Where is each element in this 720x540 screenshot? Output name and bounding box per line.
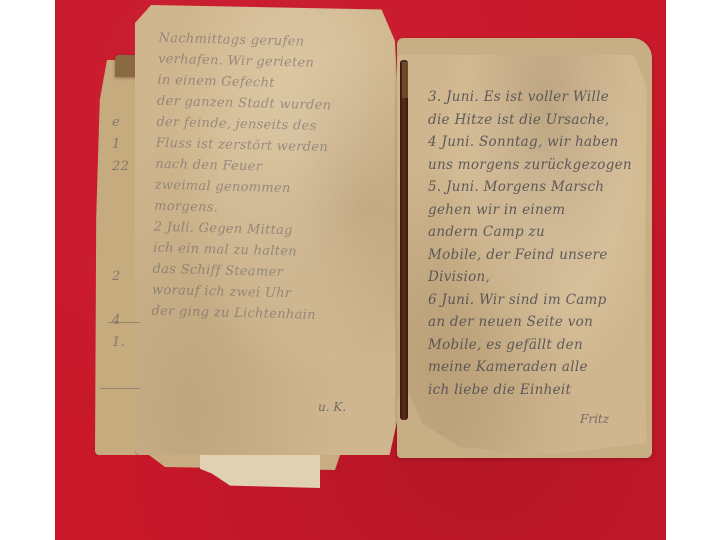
handwritten-line: 4 Juni. Sonntag, wir haben [428, 131, 632, 154]
handwritten-line: 5. Juni. Morgens Marsch [428, 176, 632, 199]
margin-mark [112, 244, 129, 266]
margin-mark [112, 222, 129, 244]
right-page-signoff: Fritz [580, 412, 609, 426]
book-spine-gutter [400, 60, 408, 420]
right-page-handwriting: 3. Juni. Es ist voller Wille die Hitze i… [428, 86, 632, 401]
left-page-handwriting: Nachmittags gerufen verhafen. Wir geriet… [151, 28, 333, 326]
handwritten-line: Division, [428, 266, 632, 289]
handwritten-line: uns morgens zurückgezogen [428, 154, 632, 177]
handwritten-line: ich liebe die Einheit [428, 379, 632, 402]
binding-thread [402, 62, 408, 98]
handwritten-line: andern Camp zu [428, 221, 632, 244]
handwritten-line: gehen wir in einem [428, 199, 632, 222]
margin-mark: 1 [112, 134, 129, 156]
handwritten-line: Mobile, es gefällt den [428, 334, 632, 357]
left-margin-notes: e 1 22 2 4 1. [112, 112, 129, 354]
handwritten-line: Mobile, der Feind unsere [428, 244, 632, 267]
tally-rule-line [100, 388, 140, 389]
margin-mark: 2 [112, 266, 129, 288]
handwritten-line: die Hitze ist die Ursache, [428, 109, 632, 132]
margin-mark [112, 288, 129, 310]
handwritten-line: meine Kameraden alle [428, 356, 632, 379]
margin-mark [112, 178, 129, 200]
margin-mark: e [112, 112, 129, 134]
tally-rule-line [108, 322, 140, 323]
margin-mark [112, 200, 129, 222]
margin-mark: 22 [112, 156, 129, 178]
margin-mark: 1. [112, 332, 129, 354]
left-page-signoff: u. K. [318, 400, 346, 414]
margin-mark: 4 [112, 310, 129, 332]
handwritten-line: 6 Juni. Wir sind im Camp [428, 289, 632, 312]
handwritten-line: 3. Juni. Es ist voller Wille [428, 86, 632, 109]
handwritten-line: an der neuen Seite von [428, 311, 632, 334]
